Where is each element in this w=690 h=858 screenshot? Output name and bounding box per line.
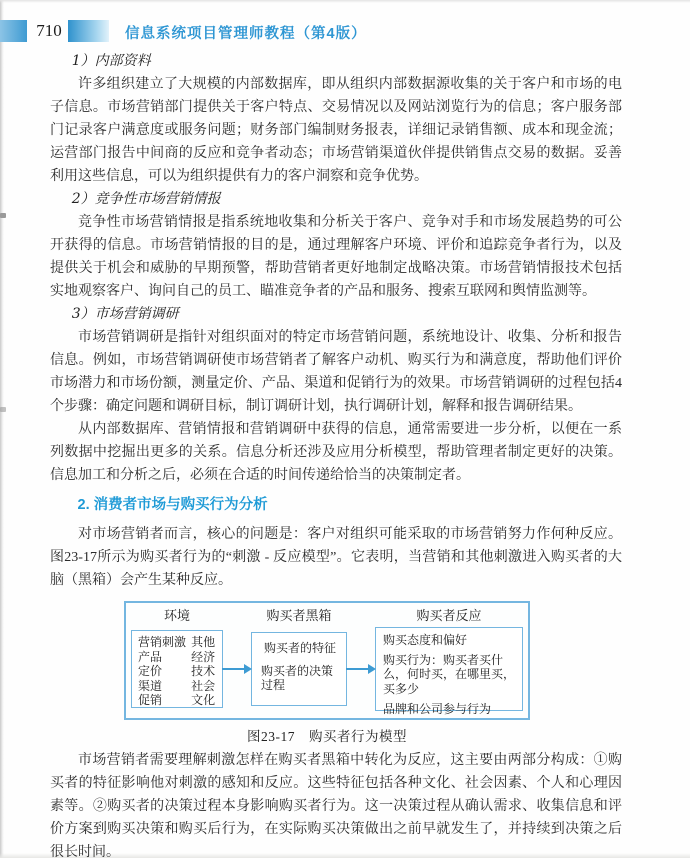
stimuli-item: 渠道 (138, 679, 186, 694)
arrow-blackbox-to-response (347, 668, 375, 670)
stimuli-item: 促销 (138, 693, 186, 708)
response-line: 购买行为：购买者买什么，何时买，在哪里买，买多少 (383, 653, 517, 697)
subheading-competitive-intelligence: 2）竞争性市场营销情报 (50, 188, 622, 211)
page-number: 710 (33, 19, 65, 43)
stimuli-item: 营销刺激 (138, 635, 186, 650)
paragraph-black-box-explanation: 市场营销者需要理解刺激怎样在购买者黑箱中转化为反应，这主要由两部分构成：①购买者… (50, 749, 622, 858)
black-box-line: 购买者的决策过程 (261, 664, 340, 693)
page-body: 1）内部资料 许多组织建立了大规模的内部数据库，即从组织内部数据源收集的关于客户… (50, 50, 622, 858)
paragraph-competitive-intelligence: 竞争性市场营销情报是指系统地收集和分析关于客户、竞争对手和市场发展趋势的可公开获… (50, 211, 622, 303)
black-box-header: 购买者黑箱 (251, 606, 347, 625)
buyer-response-box: 购买态度和偏好 购买行为：购买者买什么，何时买，在哪里买，买多少 品牌和公司参与… (375, 627, 523, 711)
factor-item: 其他 (191, 635, 218, 650)
right-arrow-icon (346, 668, 374, 670)
black-box-line: 购买者的特征 (261, 641, 340, 656)
figure-header-row: 环境 购买者黑箱 购买者反应 (131, 606, 523, 625)
arrow-env-to-blackbox (223, 668, 251, 670)
response-line: 购买态度和偏好 (383, 633, 517, 648)
factor-item: 技术 (191, 664, 218, 679)
page-edge-left-shadow (0, 0, 4, 858)
book-page: 710 信息系统项目管理师教程（第4版） 1）内部资料 许多组织建立了大规模的内… (0, 0, 690, 858)
response-line: 品牌和公司参与行为 (383, 702, 517, 717)
page-edge-top-shadow (0, 0, 690, 3)
buyer-black-box: 购买者的特征 购买者的决策过程 (251, 632, 347, 706)
right-arrow-icon (222, 668, 250, 670)
subheading-internal-data: 1）内部资料 (50, 50, 622, 73)
scan-artifact-mark (0, 407, 6, 412)
paragraph-internal-data: 许多组织建立了大规模的内部数据库，即从组织内部数据源收集的关于客户和市场的电子信… (50, 73, 622, 188)
factor-item: 经济 (191, 650, 218, 665)
response-header: 购买者反应 (375, 606, 523, 625)
paragraph-stimulus-response-intro: 对市场营销者而言，核心的问题是：客户对组织可能采取的市场营销努力作何种反应。图2… (50, 523, 622, 592)
subheading-marketing-research: 3）市场营销调研 (50, 303, 622, 326)
factor-item: 社会 (191, 679, 218, 694)
header-accent-block-left (0, 20, 27, 42)
figure-caption: 图23-17 购买者行为模型 (124, 727, 530, 746)
stimuli-item: 定价 (138, 664, 186, 679)
figure-outer-box: 环境 购买者黑箱 购买者反应 营销刺激 产品 定价 渠道 促销 (124, 601, 530, 720)
section-heading-consumer-market: 2. 消费者市场与购买行为分析 (50, 494, 622, 517)
paragraph-marketing-research: 市场营销调研是指针对组织面对的特定市场营销问题，系统地设计、收集、分析和报告信息… (50, 326, 622, 418)
environment-box: 营销刺激 产品 定价 渠道 促销 其他 经济 技术 社会 文化 (131, 630, 223, 708)
factor-item: 文化 (191, 693, 218, 708)
env-header: 环境 (131, 606, 223, 625)
header-accent-block-right (68, 20, 109, 42)
stimuli-item: 产品 (138, 650, 186, 665)
buyer-behavior-figure: 环境 购买者黑箱 购买者反应 营销刺激 产品 定价 渠道 促销 (124, 601, 530, 746)
book-title: 信息系统项目管理师教程（第4版） (125, 22, 367, 43)
figure-boxes-row: 营销刺激 产品 定价 渠道 促销 其他 经济 技术 社会 文化 (131, 627, 523, 711)
marketing-stimuli-column: 营销刺激 产品 定价 渠道 促销 (138, 635, 186, 705)
scan-artifact-mark (0, 213, 6, 218)
paragraph-information-analysis: 从内部数据库、营销情报和营销调研中获得的信息，通常需要进一步分析，以便在一系列数… (50, 418, 622, 487)
other-factors-column: 其他 经济 技术 社会 文化 (191, 635, 218, 705)
